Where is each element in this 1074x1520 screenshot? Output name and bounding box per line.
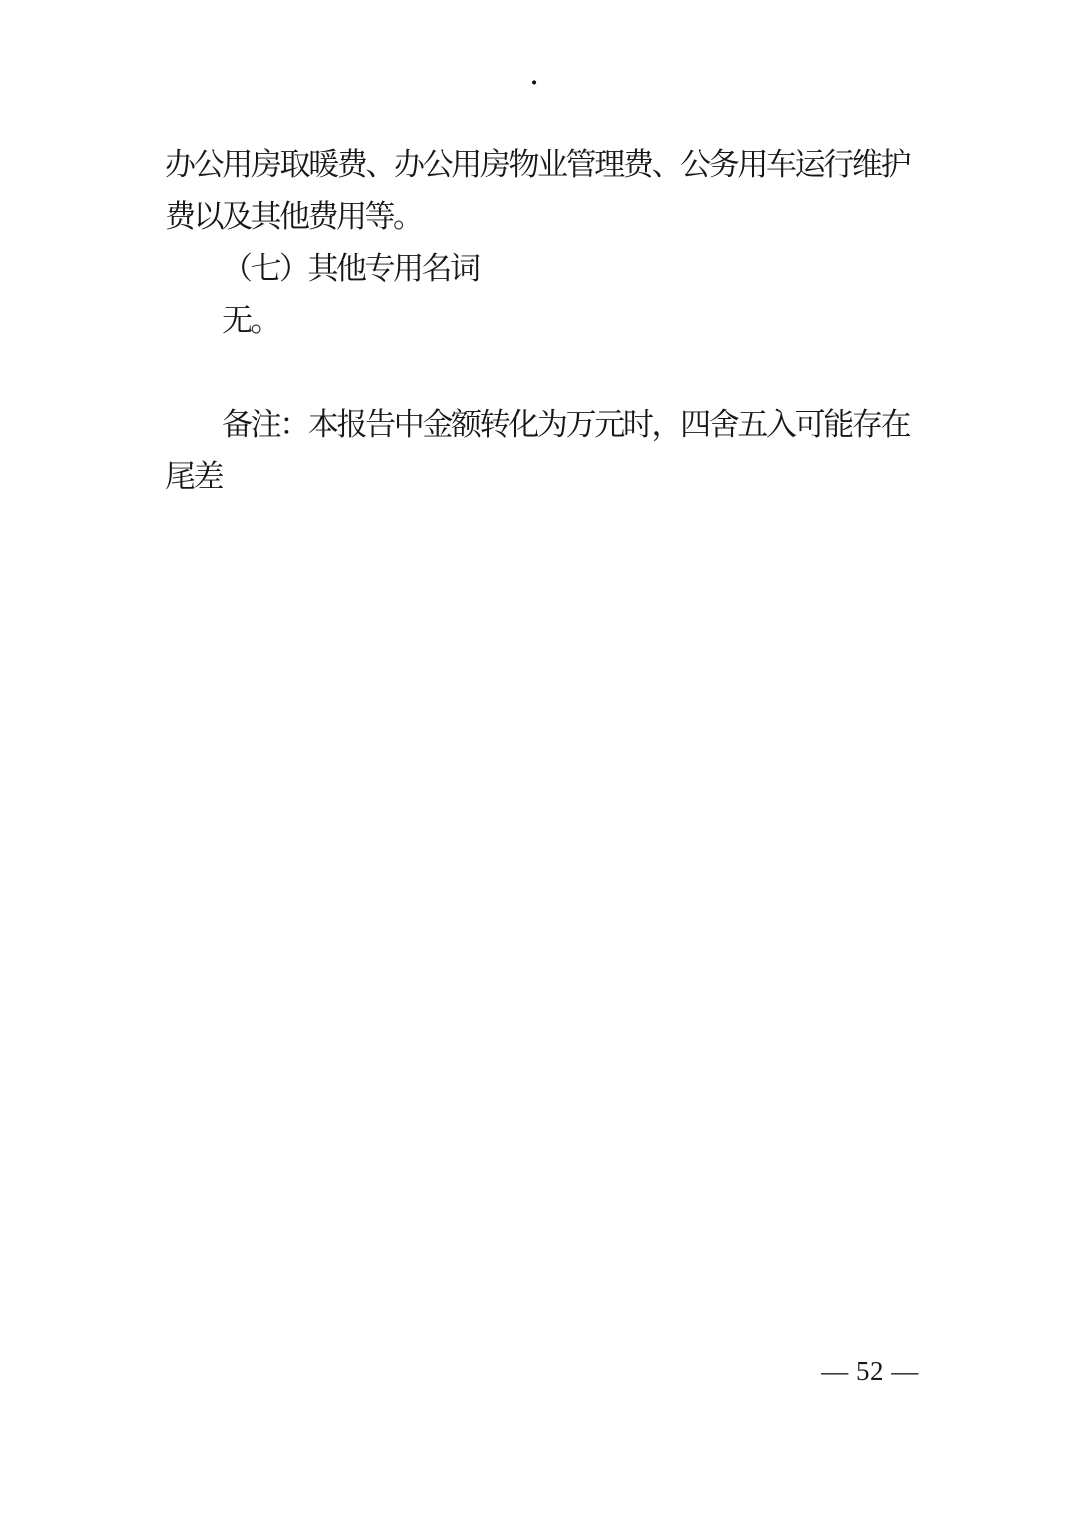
para-expenses-line2: 费以及其他费用等。 bbox=[165, 191, 909, 243]
text-block: 办公用房取暖费、办公用房物业管理费、公务用车运行维护 费以及其他费用等。 （七）… bbox=[165, 139, 909, 503]
note-line1: 备注：本报告中金额转化为万元时，四舍五入可能存在 bbox=[165, 399, 909, 451]
stray-dot: . bbox=[529, 57, 539, 89]
page-number: — 52 — bbox=[808, 1354, 932, 1388]
para-expenses-line1: 办公用房取暖费、办公用房物业管理费、公务用车运行维护 bbox=[165, 139, 909, 191]
text-none: 无。 bbox=[165, 295, 909, 347]
spacer-line bbox=[165, 347, 909, 399]
note-line2: 尾差 bbox=[165, 451, 909, 503]
heading-section-7: （七）其他专用名词 bbox=[165, 243, 909, 295]
document-page: . 办公用房取暖费、办公用房物业管理费、公务用车运行维护 费以及其他费用等。 （… bbox=[0, 0, 1074, 1520]
